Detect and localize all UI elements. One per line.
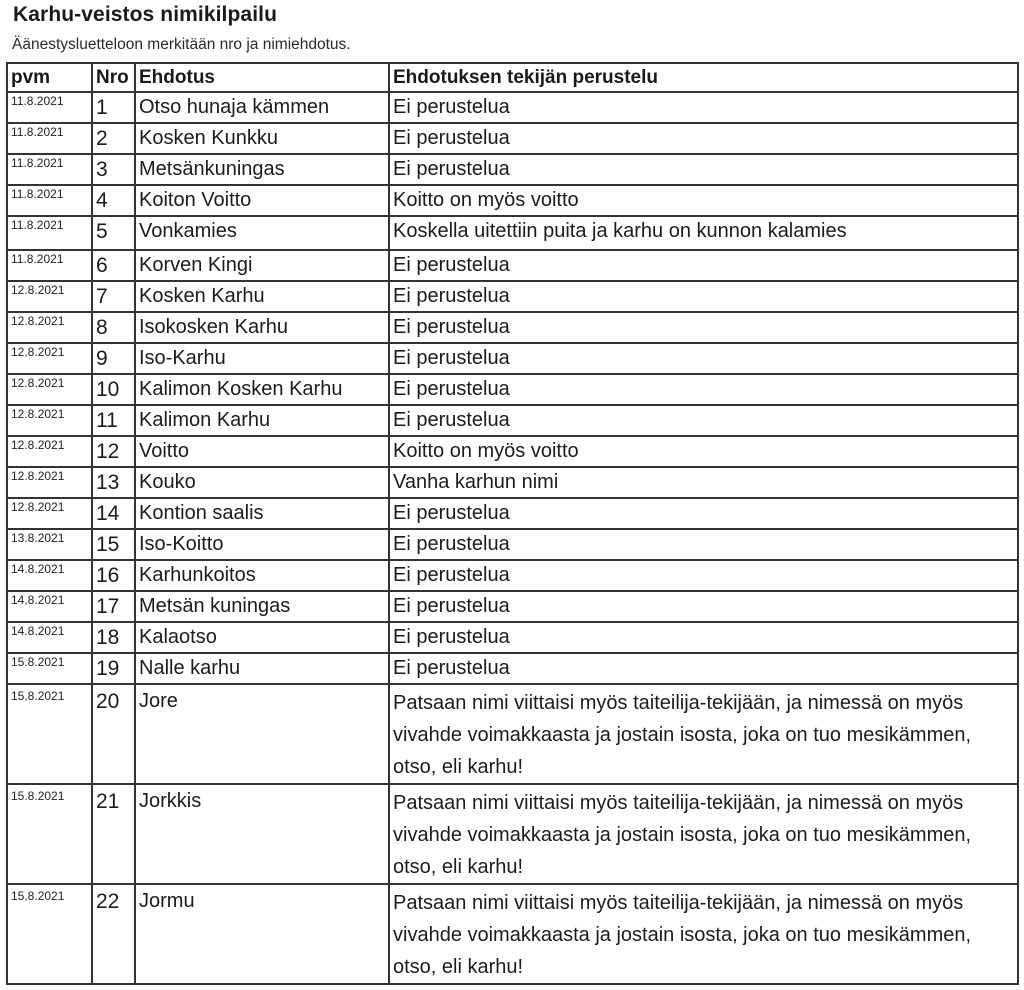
date-cell: 15.8.2021 — [7, 684, 92, 784]
suggestion-cell: Karhunkoitos — [135, 560, 389, 591]
nro-cell: 12 — [92, 436, 135, 467]
date-cell: 15.8.2021 — [7, 653, 92, 684]
suggestion-cell: Jore — [135, 684, 389, 784]
nro-cell: 9 — [92, 343, 135, 374]
reason-cell: Ei perustelua — [389, 250, 1018, 281]
nro-cell: 2 — [92, 123, 135, 154]
nro-cell: 20 — [92, 684, 135, 784]
date-cell: 11.8.2021 — [7, 154, 92, 185]
date-cell: 15.8.2021 — [7, 884, 92, 984]
suggestion-cell: Metsän kuningas — [135, 591, 389, 622]
document-subtitle: Äänestysluetteloon merkitään nro ja nimi… — [12, 36, 351, 54]
nro-cell: 10 — [92, 374, 135, 405]
nro-cell: 1 — [92, 92, 135, 123]
table-row: 11.8.20211Otso hunaja kämmenEi perustelu… — [7, 92, 1018, 123]
header-nro: Nro — [92, 63, 135, 92]
suggestion-cell: Jormu — [135, 884, 389, 984]
name-suggestions-table: pvm Nro Ehdotus Ehdotuksen tekijän perus… — [6, 62, 1019, 985]
date-cell: 11.8.2021 — [7, 250, 92, 281]
header-name: Ehdotus — [135, 63, 389, 92]
date-cell: 13.8.2021 — [7, 529, 92, 560]
suggestion-cell: Kalimon Kosken Karhu — [135, 374, 389, 405]
date-cell: 11.8.2021 — [7, 123, 92, 154]
table-row: 12.8.202113KoukoVanha karhun nimi — [7, 467, 1018, 498]
nro-cell: 17 — [92, 591, 135, 622]
reason-cell: Patsaan nimi viittaisi myös taiteilija-t… — [389, 784, 1018, 884]
table-row: 14.8.202116KarhunkoitosEi perustelua — [7, 560, 1018, 591]
reason-cell: Ei perustelua — [389, 591, 1018, 622]
nro-cell: 5 — [92, 216, 135, 250]
suggestion-cell: Otso hunaja kämmen — [135, 92, 389, 123]
table-row: 13.8.202115Iso-KoittoEi perustelua — [7, 529, 1018, 560]
nro-cell: 13 — [92, 467, 135, 498]
table-row: 11.8.20215VonkamiesKoskella uitettiin pu… — [7, 216, 1018, 250]
date-cell: 12.8.2021 — [7, 436, 92, 467]
date-cell: 12.8.2021 — [7, 343, 92, 374]
nro-cell: 16 — [92, 560, 135, 591]
reason-cell: Ei perustelua — [389, 653, 1018, 684]
suggestion-cell: Koiton Voitto — [135, 185, 389, 216]
suggestion-cell: Vonkamies — [135, 216, 389, 250]
nro-cell: 21 — [92, 784, 135, 884]
reason-cell: Ei perustelua — [389, 343, 1018, 374]
date-cell: 14.8.2021 — [7, 560, 92, 591]
date-cell: 14.8.2021 — [7, 591, 92, 622]
suggestion-cell: Nalle karhu — [135, 653, 389, 684]
date-cell: 12.8.2021 — [7, 312, 92, 343]
reason-cell: Ei perustelua — [389, 529, 1018, 560]
date-cell: 15.8.2021 — [7, 784, 92, 884]
suggestion-cell: Kouko — [135, 467, 389, 498]
date-cell: 12.8.2021 — [7, 281, 92, 312]
date-cell: 12.8.2021 — [7, 405, 92, 436]
nro-cell: 18 — [92, 622, 135, 653]
suggestion-cell: Kalimon Karhu — [135, 405, 389, 436]
reason-cell: Koskella uitettiin puita ja karhu on kun… — [389, 216, 1018, 250]
table-row: 12.8.202111Kalimon KarhuEi perustelua — [7, 405, 1018, 436]
nro-cell: 15 — [92, 529, 135, 560]
reason-cell: Ei perustelua — [389, 405, 1018, 436]
suggestion-cell: Korven Kingi — [135, 250, 389, 281]
nro-cell: 3 — [92, 154, 135, 185]
nro-cell: 22 — [92, 884, 135, 984]
suggestion-cell: Iso-Karhu — [135, 343, 389, 374]
reason-cell: Ei perustelua — [389, 622, 1018, 653]
nro-cell: 7 — [92, 281, 135, 312]
reason-cell: Ei perustelua — [389, 312, 1018, 343]
nro-cell: 11 — [92, 405, 135, 436]
header-date: pvm — [7, 63, 92, 92]
reason-cell: Ei perustelua — [389, 281, 1018, 312]
nro-cell: 8 — [92, 312, 135, 343]
suggestion-cell: Kosken Kunkku — [135, 123, 389, 154]
reason-cell: Ei perustelua — [389, 154, 1018, 185]
table-row: 12.8.202110Kalimon Kosken KarhuEi perust… — [7, 374, 1018, 405]
table-row: 15.8.202122JormuPatsaan nimi viittaisi m… — [7, 884, 1018, 984]
reason-cell: Koitto on myös voitto — [389, 185, 1018, 216]
table-row: 11.8.20216Korven KingiEi perustelua — [7, 250, 1018, 281]
reason-cell: Ei perustelua — [389, 374, 1018, 405]
suggestion-cell: Kontion saalis — [135, 498, 389, 529]
date-cell: 12.8.2021 — [7, 374, 92, 405]
table-header-row: pvm Nro Ehdotus Ehdotuksen tekijän perus… — [7, 63, 1018, 92]
document-title: Karhu-veistos nimikilpailu — [13, 3, 277, 27]
table-row: 12.8.202114Kontion saalisEi perustelua — [7, 498, 1018, 529]
date-cell: 11.8.2021 — [7, 185, 92, 216]
suggestion-cell: Iso-Koitto — [135, 529, 389, 560]
reason-cell: Patsaan nimi viittaisi myös taiteilija-t… — [389, 884, 1018, 984]
header-reason: Ehdotuksen tekijän perustelu — [389, 63, 1018, 92]
reason-cell: Ei perustelua — [389, 92, 1018, 123]
nro-cell: 6 — [92, 250, 135, 281]
table-body: 11.8.20211Otso hunaja kämmenEi perustelu… — [7, 92, 1018, 984]
suggestion-cell: Voitto — [135, 436, 389, 467]
nro-cell: 4 — [92, 185, 135, 216]
reason-cell: Koitto on myös voitto — [389, 436, 1018, 467]
suggestion-cell: Kalaotso — [135, 622, 389, 653]
table-row: 15.8.202120JorePatsaan nimi viittaisi my… — [7, 684, 1018, 784]
date-cell: 12.8.2021 — [7, 498, 92, 529]
table-row: 11.8.20213MetsänkuningasEi perustelua — [7, 154, 1018, 185]
nro-cell: 14 — [92, 498, 135, 529]
table-row: 15.8.202119Nalle karhuEi perustelua — [7, 653, 1018, 684]
table-row: 12.8.20217Kosken KarhuEi perustelua — [7, 281, 1018, 312]
reason-cell: Vanha karhun nimi — [389, 467, 1018, 498]
table-row: 12.8.202112VoittoKoitto on myös voitto — [7, 436, 1018, 467]
reason-cell: Ei perustelua — [389, 498, 1018, 529]
suggestion-cell: Isokosken Karhu — [135, 312, 389, 343]
suggestion-cell: Jorkkis — [135, 784, 389, 884]
reason-cell: Ei perustelua — [389, 560, 1018, 591]
table-row: 14.8.202117Metsän kuningasEi perustelua — [7, 591, 1018, 622]
table-row: 11.8.20212Kosken KunkkuEi perustelua — [7, 123, 1018, 154]
suggestion-cell: Kosken Karhu — [135, 281, 389, 312]
date-cell: 14.8.2021 — [7, 622, 92, 653]
table-row: 12.8.20218Isokosken KarhuEi perustelua — [7, 312, 1018, 343]
nro-cell: 19 — [92, 653, 135, 684]
date-cell: 11.8.2021 — [7, 92, 92, 123]
table-row: 12.8.20219Iso-KarhuEi perustelua — [7, 343, 1018, 374]
suggestion-cell: Metsänkuningas — [135, 154, 389, 185]
reason-cell: Patsaan nimi viittaisi myös taiteilija-t… — [389, 684, 1018, 784]
date-cell: 12.8.2021 — [7, 467, 92, 498]
reason-cell: Ei perustelua — [389, 123, 1018, 154]
date-cell: 11.8.2021 — [7, 216, 92, 250]
table-row: 15.8.202121JorkkisPatsaan nimi viittaisi… — [7, 784, 1018, 884]
table-row: 14.8.202118KalaotsoEi perustelua — [7, 622, 1018, 653]
table-row: 11.8.20214Koiton VoittoKoitto on myös vo… — [7, 185, 1018, 216]
